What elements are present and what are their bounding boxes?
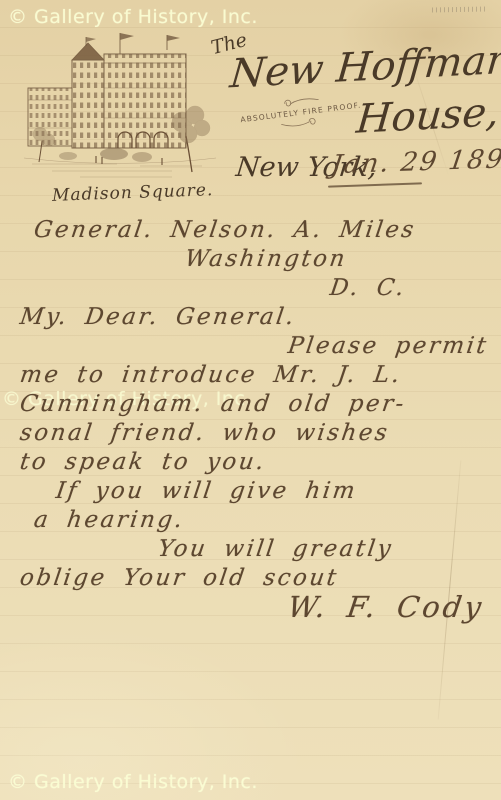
body-line: Please permit (286, 332, 497, 361)
recipient-line: D. C. (328, 274, 497, 303)
body-line: Cunningham. and old per- (18, 390, 497, 419)
pen-underline-flourish (328, 182, 422, 187)
letterhead-motto: ABSOLUTELY FIRE PROOF. (238, 89, 361, 136)
letterhead-hotel-name-bottom: House, (355, 89, 501, 142)
closing-line: oblige Your old scout (18, 564, 497, 593)
letter-body: General. Nelson. A. Miles Washington D. … (18, 216, 493, 622)
recipient-line: General. Nelson. A. Miles (32, 216, 497, 245)
closing-line: You will greatly (156, 535, 497, 564)
watermark-top: © Gallery of History, Inc. (8, 6, 258, 28)
signature: W. F. Cody (286, 593, 497, 622)
letterhead-hotel-name-top: New Hoffman (228, 37, 501, 98)
salutation-line: My. Dear. General. (18, 303, 497, 332)
body-line: me to introduce Mr. J. L. (18, 361, 497, 390)
body-line: sonal friend. who wishes (18, 419, 497, 448)
body-line: a hearing. (32, 506, 497, 535)
hotel-building-engraving-illustration (22, 30, 218, 184)
illustration-caption: Madison Square. (52, 180, 214, 206)
letter-document: © Gallery of History, Inc. © Gallery of … (0, 0, 501, 800)
watermark-bottom: © Gallery of History, Inc. (8, 771, 258, 793)
body-line: to speak to you. (18, 448, 497, 477)
pencil-notation (432, 7, 486, 13)
recipient-line: Washington (183, 245, 497, 274)
body-line: If you will give him (54, 477, 497, 506)
dateline-handwritten-date: Jan. 29 1896 (329, 144, 501, 181)
flag-icon (86, 33, 180, 54)
